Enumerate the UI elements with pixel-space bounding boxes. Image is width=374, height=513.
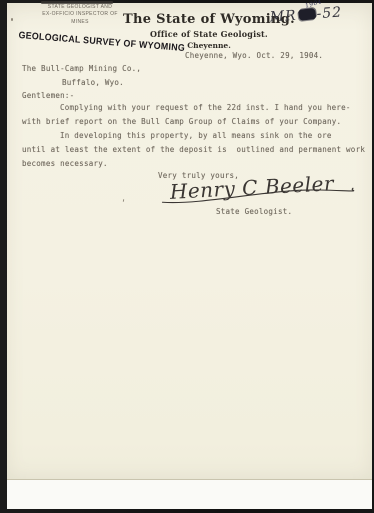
body-line: becomes necessary. bbox=[22, 159, 108, 168]
recipient-line: The Bull-Camp Mining Co., bbox=[22, 64, 141, 73]
recipient-city-line: Buffalo, Wyo. bbox=[62, 78, 124, 87]
body-line: until at least the extent of the deposit… bbox=[22, 145, 365, 154]
body-line: Complying with your request of the 22d i… bbox=[60, 103, 351, 112]
letterhead-city: Cheyenne. bbox=[104, 41, 314, 50]
salutation: Gentlemen:- bbox=[22, 91, 74, 100]
scan-frame: STATE GEOLOGIST AND EX-OFFICIO INSPECTOR… bbox=[0, 0, 374, 513]
letter-page: STATE GEOLOGIST AND EX-OFFICIO INSPECTOR… bbox=[7, 3, 372, 479]
annotation-suffix: -52 bbox=[316, 5, 343, 23]
corner-imprint-line1: STATE GEOLOGIST AND bbox=[37, 4, 123, 11]
paper-speck bbox=[11, 18, 13, 21]
annotation-prefix: MR bbox=[269, 8, 297, 26]
body-line: with brief report on the Bull Camp Group… bbox=[22, 117, 341, 126]
backing-sheet bbox=[7, 479, 372, 509]
body-line: In developing this property, by all mean… bbox=[60, 131, 332, 140]
paper-speck bbox=[123, 199, 125, 202]
ink-blot-icon bbox=[298, 8, 316, 21]
signer-title: State Geologist. bbox=[216, 207, 292, 216]
filing-annotation: MR-52 1904 bbox=[269, 4, 343, 35]
dateline: Cheyenne, Wyo. Oct. 29, 1904. bbox=[185, 51, 323, 60]
